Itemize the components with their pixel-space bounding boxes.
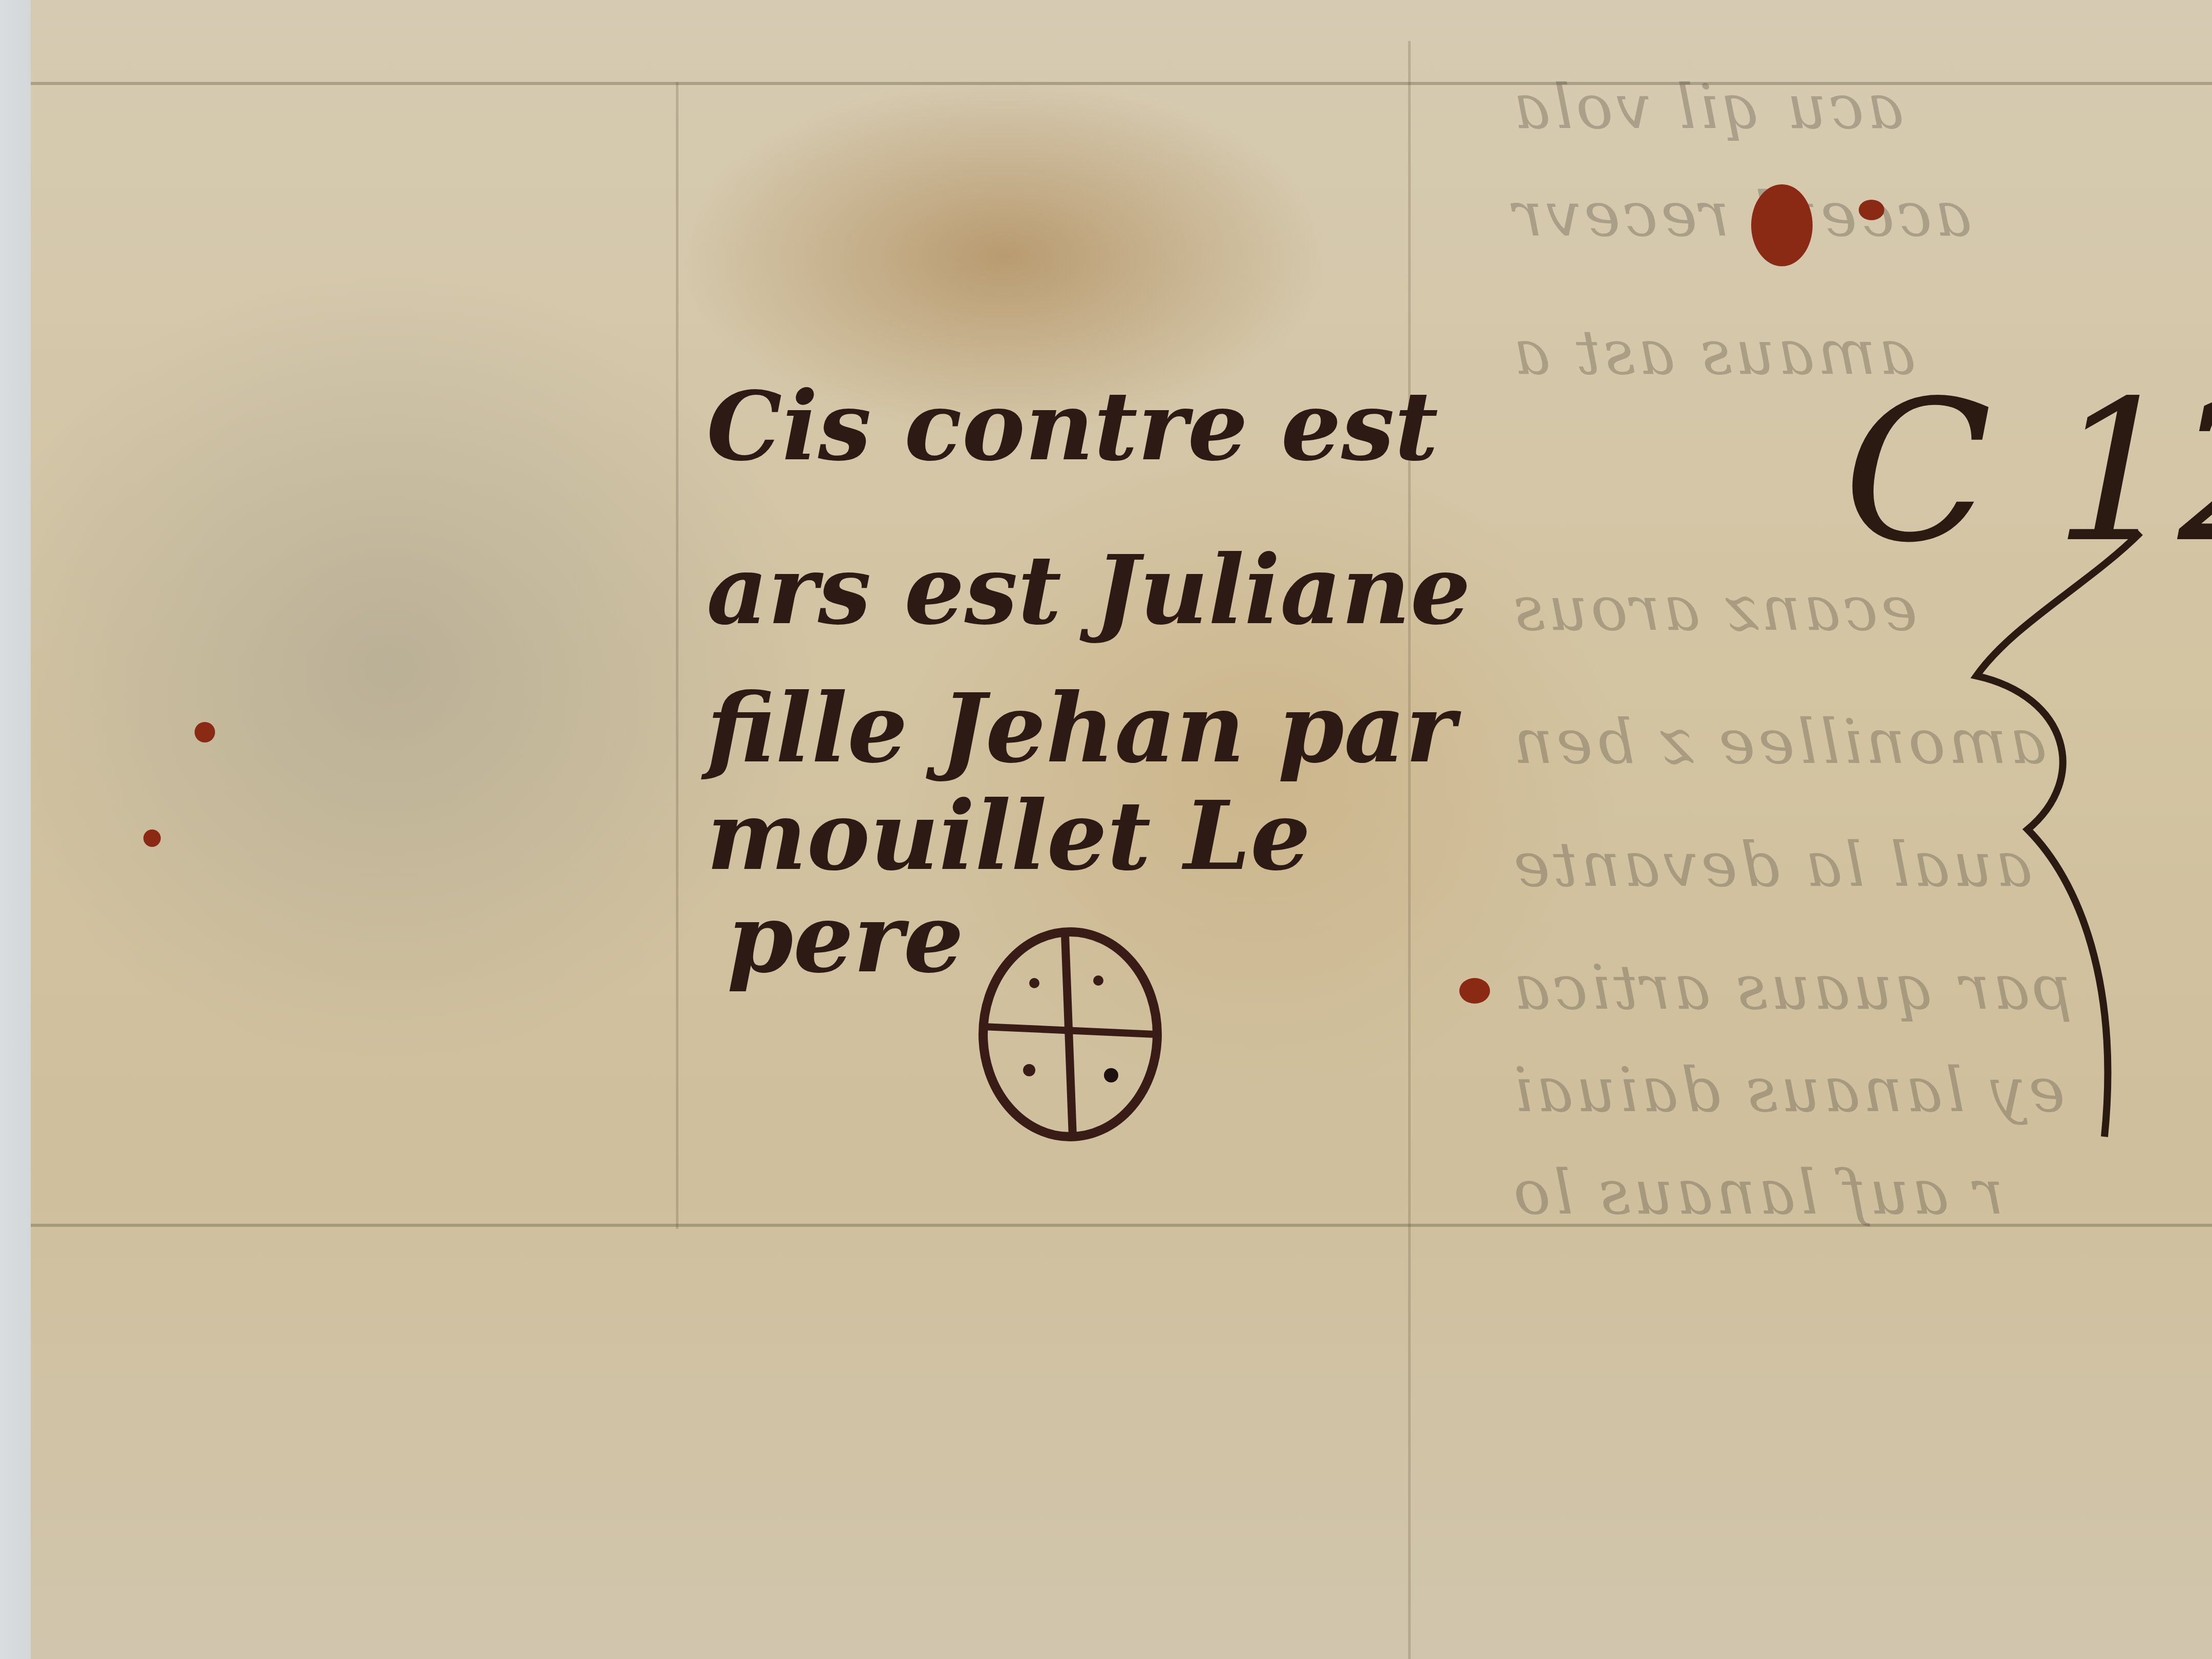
stain-mark (1859, 200, 1884, 220)
ghost-line: r auf lanaus lo (1511, 1157, 2004, 1228)
ghost-line: acu qil vola (1511, 72, 1904, 143)
stain-mark (1751, 184, 1813, 266)
fold-line-left (676, 82, 678, 1229)
flourish-stroke-icon (1936, 522, 2181, 1162)
inscription-line-3: fille Jehan par (707, 681, 1455, 776)
inscription-line-1: Cis contre est (707, 379, 1438, 474)
stain-mark (143, 829, 161, 847)
stain-mark (1459, 978, 1490, 1004)
stain-mark (195, 722, 215, 742)
inscription-line-5: pere (727, 891, 964, 986)
inscription-line-4: mouillet Le (707, 789, 1311, 883)
circled-cross-icon (973, 917, 1178, 1152)
ghost-line: acceul recevr (1511, 179, 1972, 250)
inscription-line-2: ars est Juliane (707, 543, 1471, 637)
fold-line-right (1408, 41, 1411, 1659)
